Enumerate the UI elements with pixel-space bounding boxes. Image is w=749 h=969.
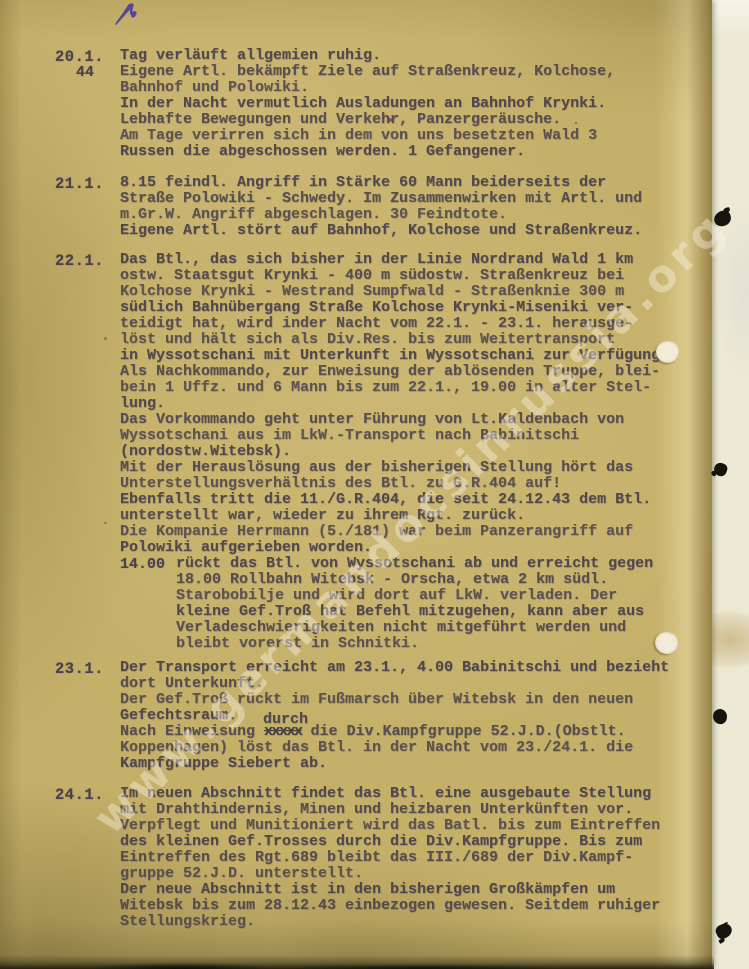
text-line: lung.	[120, 396, 695, 412]
text-line: löst und hält sich als Div.Res. bis zum …	[120, 332, 695, 348]
text-line: Witebsk bis zum 28.12.43 einbezogen gewe…	[120, 898, 695, 914]
text-line: Starobobilje und wird dort auf LkW. verl…	[176, 588, 696, 604]
text-line: 8.15 feindl. Angriff in Stärke 60 Mann b…	[120, 175, 695, 191]
entry-text: Tag verläuft allgemien ruhig.Eigene Artl…	[120, 48, 695, 160]
text-line: Als Nachkommando, zur Enweisung der ablö…	[120, 364, 695, 380]
text-line: Der Gef.Troß rückt im Fußmarsch über Wit…	[120, 692, 695, 708]
text-line: Der neue Abschnitt ist in den bisherigen…	[120, 882, 695, 898]
entry-text: rückt das Btl. von Wyssotschani ab und e…	[176, 556, 696, 652]
text-line: Verpflegt und Munitioniert wird das Batl…	[120, 818, 695, 834]
text-line: unterstellt war, wieder zu ihrem Rgt. zu…	[120, 508, 695, 524]
text-line: ostw. Staatsgut Krynki - 400 m südostw. …	[120, 268, 695, 284]
text-line: In der Nacht vermutlich Ausladungen an B…	[120, 96, 695, 112]
text-line: bleibt vorerst in Schnitki.	[176, 636, 696, 652]
text-line: Im neuen Abschnitt findet das Btl. eine …	[120, 786, 695, 802]
text-line: Das Vorkommando geht unter Führung von L…	[120, 412, 695, 428]
text-line: Bahnhof und Polowiki.	[120, 80, 695, 96]
text-line: Am Tage verirren sich in dem von uns bes…	[120, 128, 695, 144]
text-line: Eigene Artl. stört auf Bahnhof, Kolchose…	[120, 223, 695, 239]
text-line: Gefechtsraum.durch	[120, 708, 695, 724]
scan-page: 20.1.44Tag verläuft allgemien ruhig.Eige…	[0, 0, 712, 969]
text-line: südlich Bahnübergang Straße Kolchose Kry…	[120, 300, 695, 316]
text-line: (nordostw.Witebsk).	[120, 444, 695, 460]
text-line: Stellungskrieg.	[120, 914, 695, 930]
text-line: Russen die abgeschossen werden. 1 Gefang…	[120, 144, 695, 160]
document-body: 20.1.44Tag verläuft allgemien ruhig.Eige…	[0, 0, 712, 969]
scan-shadow-bottom	[0, 955, 714, 969]
text-line: Wyssotschani aus im LkW.-Transport nach …	[120, 428, 695, 444]
text-line: Die Kompanie Herrmann (5./181) war beim …	[120, 524, 695, 540]
text-line: Eigene Artl. bekämpft Ziele auf Straßenk…	[120, 64, 695, 80]
ink-mark	[112, 2, 142, 30]
entry-date: 24.1.	[46, 786, 104, 804]
text-line: Kolchose Krynki - Westrand Sumpfwald - S…	[120, 284, 695, 300]
paper-hole	[656, 341, 679, 363]
time-label: 14.00	[120, 556, 165, 573]
text-line: 18.00 Rollbahn Witebsk - Orscha, etwa 2 …	[176, 572, 696, 588]
entry-text: Der Transport erreicht am 23.1., 4.00 Ba…	[120, 660, 695, 772]
entry-date: 22.1.	[46, 252, 104, 270]
text-line: rückt das Btl. von Wyssotschani ab und e…	[176, 556, 696, 572]
text-line: Ebenfalls tritt die 11./G.R.404, die sei…	[120, 492, 695, 508]
paper-speck	[389, 118, 392, 122]
text-line: Nach Einweisung xxxxx die Div.Kampfgrupp…	[120, 724, 695, 740]
entry-year: 44	[46, 64, 94, 81]
text-line: mit Drahthindernis, Minen und heizbaren …	[120, 802, 695, 818]
text-line: Das Btl., das sich bisher in der Linie N…	[120, 252, 695, 268]
text-line: gruppe 52.J.D. unterstellt.	[120, 866, 695, 882]
text-line: des kleinen Gef.Trosses durch die Div.Ka…	[120, 834, 695, 850]
entry-text: Das Btl., das sich bisher in der Linie N…	[120, 252, 695, 556]
paper-speck	[104, 337, 107, 340]
text-line: Verladeschwierigkeiten nicht mitgeführt …	[176, 620, 696, 636]
text-line: dort Unterkunft.	[120, 676, 695, 692]
text-line: Der Transport erreicht am 23.1., 4.00 Ba…	[120, 660, 695, 676]
text-line: bein 1 Uffz. und 6 Mann bis zum 22.1., 1…	[120, 380, 695, 396]
text-line: Unterstellungsverhältnis des Btl. zu G.R…	[120, 476, 695, 492]
text-line: Lebhafte Bewegungen und Verkehr, Panzerg…	[120, 112, 695, 128]
text-line: Straße Polowiki - Schwedy. Im Zusammenwi…	[120, 191, 695, 207]
text-line: Kampfgruppe Siebert ab.	[120, 756, 695, 772]
paper-speck	[104, 522, 107, 524]
entry-text: Im neuen Abschnitt findet das Btl. eine …	[120, 786, 695, 930]
entry-text: 8.15 feindl. Angriff in Stärke 60 Mann b…	[120, 175, 695, 239]
struck-word: xxxxx	[264, 723, 302, 740]
text-line: in Wyssotschani mit Unterkunft in Wyssot…	[120, 348, 695, 364]
text-line: teidigt hat, wird inder Nacht vom 22.1. …	[120, 316, 695, 332]
text-line: Eintreffen des Rgt.689 bleibt das III./6…	[120, 850, 695, 866]
scan-viewport: { "colors": { "paper": "#c5b06a", "backi…	[0, 0, 749, 969]
text-line: Polowiki aufgerieben worden.	[120, 540, 695, 556]
entry-date: 21.1.	[46, 175, 104, 193]
paper-speck	[566, 851, 568, 854]
text-line: Koppenhagen) löst das Btl. in der Nacht …	[120, 740, 695, 756]
text-line: m.Gr.W. Angriff abgeschlagen. 30 Feindto…	[120, 207, 695, 223]
entry-date: 23.1.	[46, 660, 104, 678]
text-line: Mit der Herauslösung aus der bisherigen …	[120, 460, 695, 476]
text-line: Tag verläuft allgemien ruhig.	[120, 48, 695, 64]
text-line: kleine Gef.Troß hat Befehl mitzugehen, k…	[176, 604, 696, 620]
paper-speck	[575, 122, 577, 124]
